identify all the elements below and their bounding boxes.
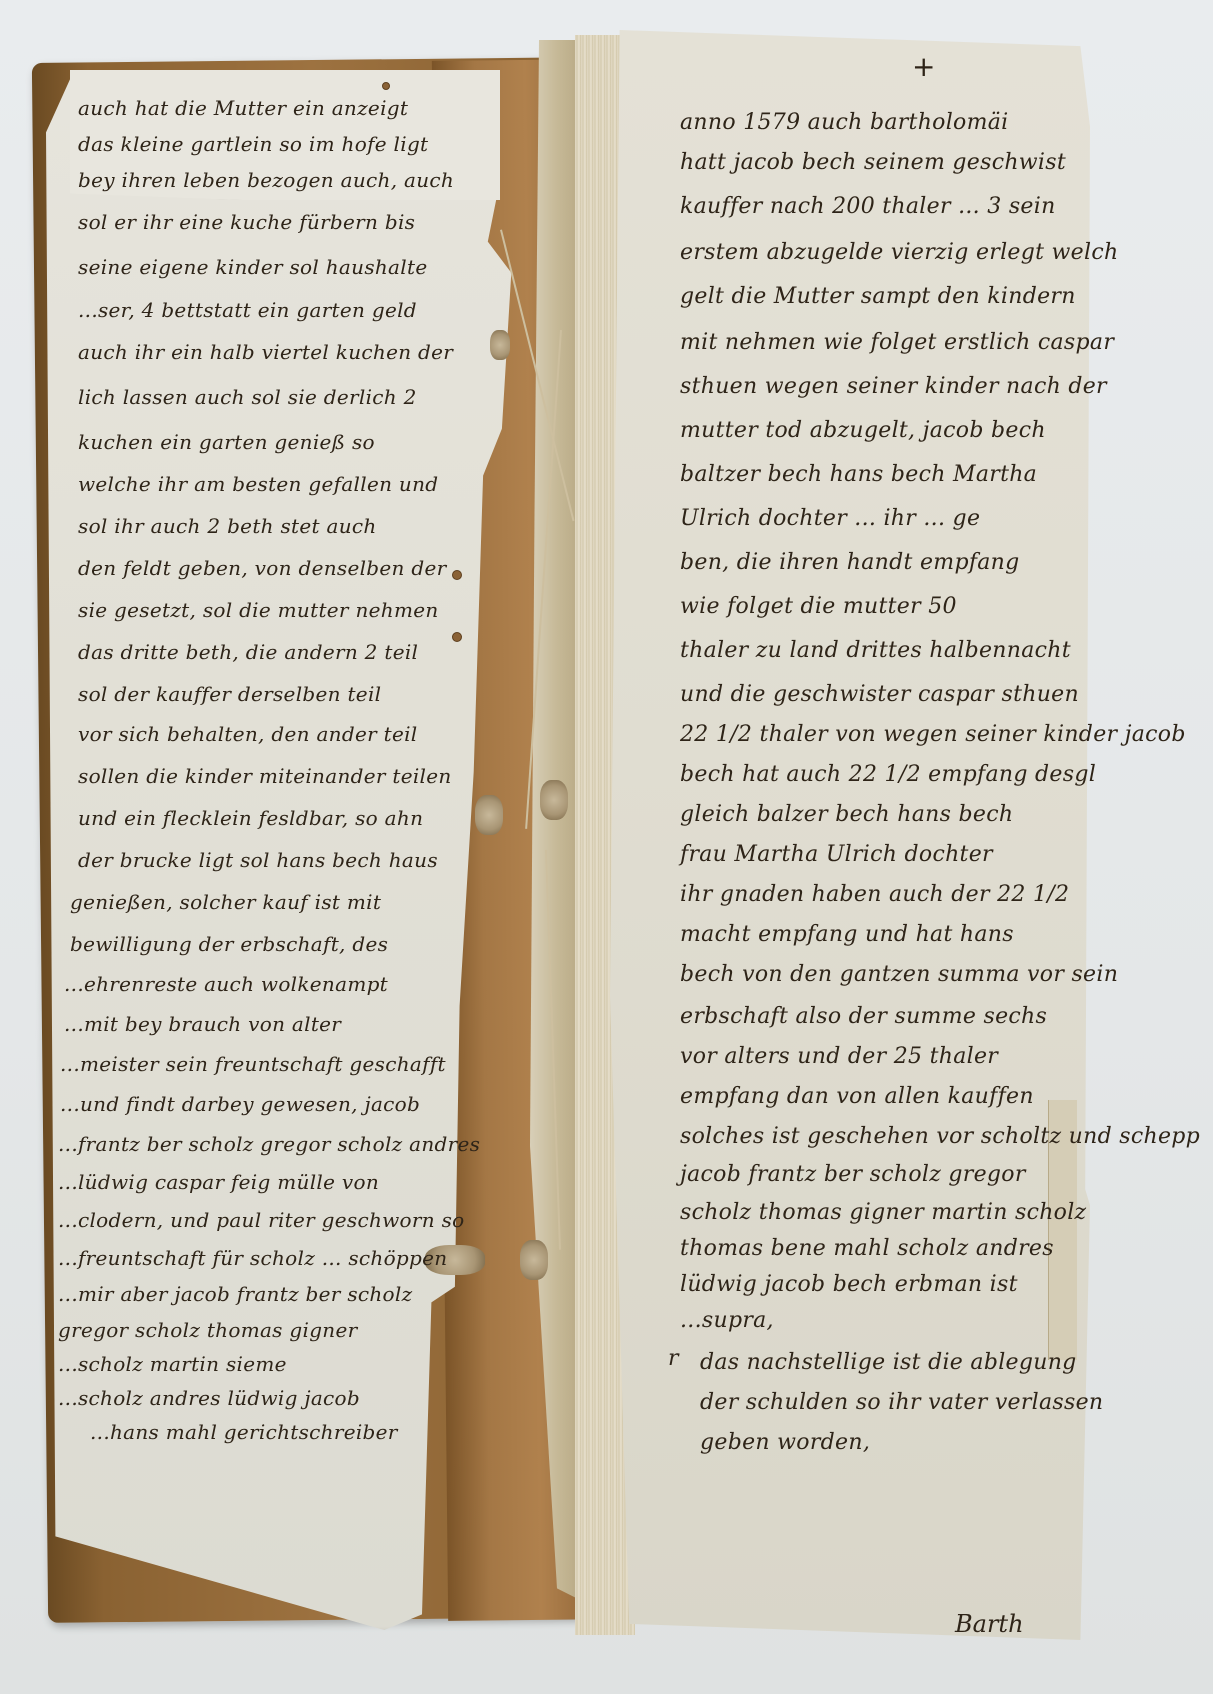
manuscript-line: auch hat die Mutter ein anzeigt [78,96,408,120]
manuscript-line: welche ihr am besten gefallen und [78,472,438,496]
manuscript-line: ...clodern, und paul riter geschworn so [58,1208,465,1232]
manuscript-line: kuchen ein garten genieß so [78,430,375,454]
manuscript-line: ...freuntschaft für scholz ... schöppen [58,1246,447,1270]
page-signature: Barth [955,1610,1024,1638]
manuscript-line: sollen die kinder miteinander teilen [78,764,452,788]
manuscript-line: sthuen wegen seiner kinder nach der [680,374,1107,399]
manuscript-line: bech hat auch 22 1/2 empfang desgl [680,762,1096,787]
manuscript-line: ...meister sein freuntschaft geschafft [60,1052,446,1076]
top-cross-mark: + [912,50,935,83]
manuscript-line: und ein flecklein fesldbar, so ahn [78,806,423,830]
manuscript-line: ...lüdwig caspar feig mülle von [58,1170,379,1194]
worm-hole [382,82,390,90]
manuscript-line: ihr gnaden haben auch der 22 1/2 [680,882,1069,907]
manuscript-line: ...scholz andres lüdwig jacob [58,1386,360,1410]
worm-hole [452,570,462,580]
manuscript-line: gelt die Mutter sampt den kindern [680,284,1076,309]
manuscript-line: sie gesetzt, sol die mutter nehmen [78,598,439,622]
manuscript-line: ...frantz ber scholz gregor scholz andre… [58,1132,480,1156]
manuscript-line: sol er ihr eine kuche fürbern bis [78,210,415,234]
manuscript-line: lich lassen auch sol sie derlich 2 [78,385,417,409]
manuscript-line: ...mir aber jacob frantz ber scholz [58,1282,412,1306]
manuscript-line: frau Martha Ulrich dochter [680,842,993,867]
manuscript-line: macht empfang und hat hans [680,922,1014,947]
manuscript-line: thomas bene mahl scholz andres [680,1236,1054,1261]
manuscript-line: bech von den gantzen summa vor sein [680,962,1118,987]
manuscript-line: ...hans mahl gerichtschreiber [90,1420,398,1444]
manuscript-line: wie folget die mutter 50 [680,594,957,619]
manuscript-line: ...scholz martin sieme [58,1352,287,1376]
manuscript-line: erstem abzugelde vierzig erlegt welch [680,240,1118,265]
manuscript-line: das nachstellige ist die ablegung [700,1350,1077,1375]
manuscript-line: thaler zu land drittes halbennacht [680,638,1071,663]
manuscript-line: seine eigene kinder sol haushalte [78,255,427,279]
manuscript-line: ...supra, [680,1308,774,1333]
manuscript-line: den feldt geben, von denselben der [78,556,446,580]
manuscript-line: jacob frantz ber scholz gregor [680,1162,1026,1187]
manuscript-line: empfang dan von allen kauffen [680,1084,1034,1109]
manuscript-line: vor alters und der 25 thaler [680,1044,998,1069]
manuscript-line: lüdwig jacob bech erbman ist [680,1272,1018,1297]
manuscript-line: ...mit bey brauch von alter [64,1012,341,1036]
manuscript-line: solches ist geschehen vor scholtz und sc… [680,1124,1200,1149]
manuscript-line: und die geschwister caspar sthuen [680,682,1079,707]
manuscript-line: Ulrich dochter ... ihr ... ge [680,506,980,531]
manuscript-line: 22 1/2 thaler von wegen seiner kinder ja… [680,722,1186,747]
manuscript-line: ben, die ihren handt empfang [680,550,1020,575]
margin-mark: r [668,1346,679,1371]
manuscript-line: kauffer nach 200 thaler ... 3 sein [680,194,1056,219]
manuscript-line: geben worden, [700,1430,870,1455]
binding-stitch [490,330,510,360]
manuscript-line: baltzer bech hans bech Martha [680,462,1037,487]
manuscript-line: scholz thomas gigner martin scholz [680,1200,1086,1225]
manuscript-line: ...ehrenreste auch wolkenampt [64,972,388,996]
manuscript-line: mit nehmen wie folget erstlich caspar [680,330,1114,355]
binding-stitch [540,780,568,820]
manuscript-line: sol der kauffer derselben teil [78,682,381,706]
manuscript-line: erbschaft also der summe sechs [680,1004,1047,1029]
manuscript-line: ...ser, 4 bettstatt ein garten geld [78,298,417,322]
worm-hole [452,632,462,642]
manuscript-line: der schulden so ihr vater verlassen [700,1390,1103,1415]
manuscript-line: anno 1579 auch bartholomäi [680,110,1009,135]
manuscript-line: bewilligung der erbschaft, des [70,932,388,956]
binding-stitch [475,795,503,835]
manuscript-line: das dritte beth, die andern 2 teil [78,640,418,664]
manuscript-line: ...und findt darbey gewesen, jacob [60,1092,420,1116]
manuscript-line: vor sich behalten, den ander teil [78,722,417,746]
manuscript-line: genießen, solcher kauf ist mit [70,890,381,914]
manuscript-line: auch ihr ein halb viertel kuchen der [78,340,453,364]
binding-stitch [520,1240,548,1280]
manuscript-line: der brucke ligt sol hans bech haus [78,848,438,872]
manuscript-line: bey ihren leben bezogen auch, auch [78,168,454,192]
manuscript-line: gregor scholz thomas gigner [58,1318,358,1342]
manuscript-line: gleich balzer bech hans bech [680,802,1013,827]
manuscript-line: hatt jacob bech seinem geschwist [680,150,1066,175]
manuscript-line: mutter tod abzugelt, jacob bech [680,418,1046,443]
manuscript-line: das kleine gartlein so im hofe ligt [78,132,428,156]
manuscript-line: sol ihr auch 2 beth stet auch [78,514,377,538]
